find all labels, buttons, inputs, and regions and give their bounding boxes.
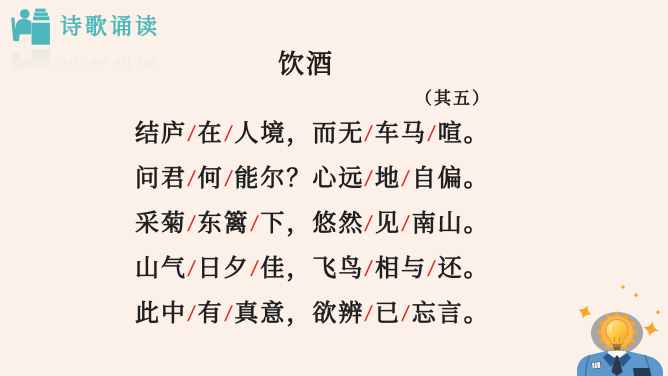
poem-line: 此中/有/真意，欲辨/已/忘言。 [135, 292, 490, 337]
poem-text-segment: 见 [375, 211, 401, 237]
poem-line: 问君/何/能尔？心远/地/自偏。 [135, 157, 490, 202]
businessman-suit [577, 351, 663, 376]
poem-text-segment: 东篱 [198, 211, 250, 237]
pause-slash-mark: / [221, 112, 236, 157]
poem-text-segment: 下，悠然 [260, 211, 364, 237]
header-label: 诗歌诵读 [60, 7, 160, 47]
poem-text-segment: 车马 [375, 121, 427, 147]
pause-slash-mark: / [247, 202, 262, 247]
person-reading-at-desk-icon [8, 7, 52, 47]
poem-line: 采菊/东篱/下，悠然/见/南山。 [135, 202, 490, 247]
poem-text-segment: 地 [375, 166, 401, 192]
poem-text-segment: 山气 [135, 256, 187, 282]
poem-text-segment: 采菊 [135, 211, 187, 237]
lightbulb-head-figure-illustration [573, 281, 668, 376]
poem-text-segment: 有 [198, 301, 224, 327]
poem-text-segment: 问君 [135, 166, 187, 192]
poem-text-segment: 日夕 [198, 256, 250, 282]
poem-text-segment: 自偏。 [412, 166, 490, 192]
poem-text-segment: 相与 [375, 256, 427, 282]
poem-text-segment: 真意，欲辨 [234, 301, 364, 327]
poem-text-segment: 此中 [135, 301, 187, 327]
poem-line: 山气/日夕/佳，飞鸟/相与/还。 [135, 247, 490, 292]
poem-line: 结庐/在/人境，而无/车马/喧。 [135, 112, 490, 157]
header: 诗歌诵读 [8, 7, 160, 47]
slide: 诗歌诵读 诗歌诵读 饮酒 （其五） 结庐/在/人境，而无/车马/喧。问君/何/能… [0, 0, 668, 376]
poem-text-segment: 何 [198, 166, 224, 192]
pause-slash-mark: / [221, 157, 236, 202]
poem-text-segment: 佳，飞鸟 [260, 256, 364, 282]
poem-text-segment: 已 [375, 301, 401, 327]
poem: 结庐/在/人境，而无/车马/喧。问君/何/能尔？心远/地/自偏。采菊/东篱/下，… [135, 112, 490, 337]
page-title: 饮酒 [0, 44, 612, 81]
poem-text-segment: 人境，而无 [234, 121, 364, 147]
poem-text-segment: 能尔？心远 [234, 166, 364, 192]
poem-text-segment: 南山。 [412, 211, 490, 237]
pause-slash-mark: / [247, 247, 262, 292]
poem-text-segment: 在 [198, 121, 224, 147]
subtitle: （其五） [415, 84, 491, 109]
poem-text-segment: 还。 [438, 256, 490, 282]
pause-slash-mark: / [221, 292, 236, 337]
poem-text-segment: 忘言。 [412, 301, 490, 327]
poem-text-segment: 喧。 [438, 121, 490, 147]
poem-text-segment: 结庐 [135, 121, 187, 147]
